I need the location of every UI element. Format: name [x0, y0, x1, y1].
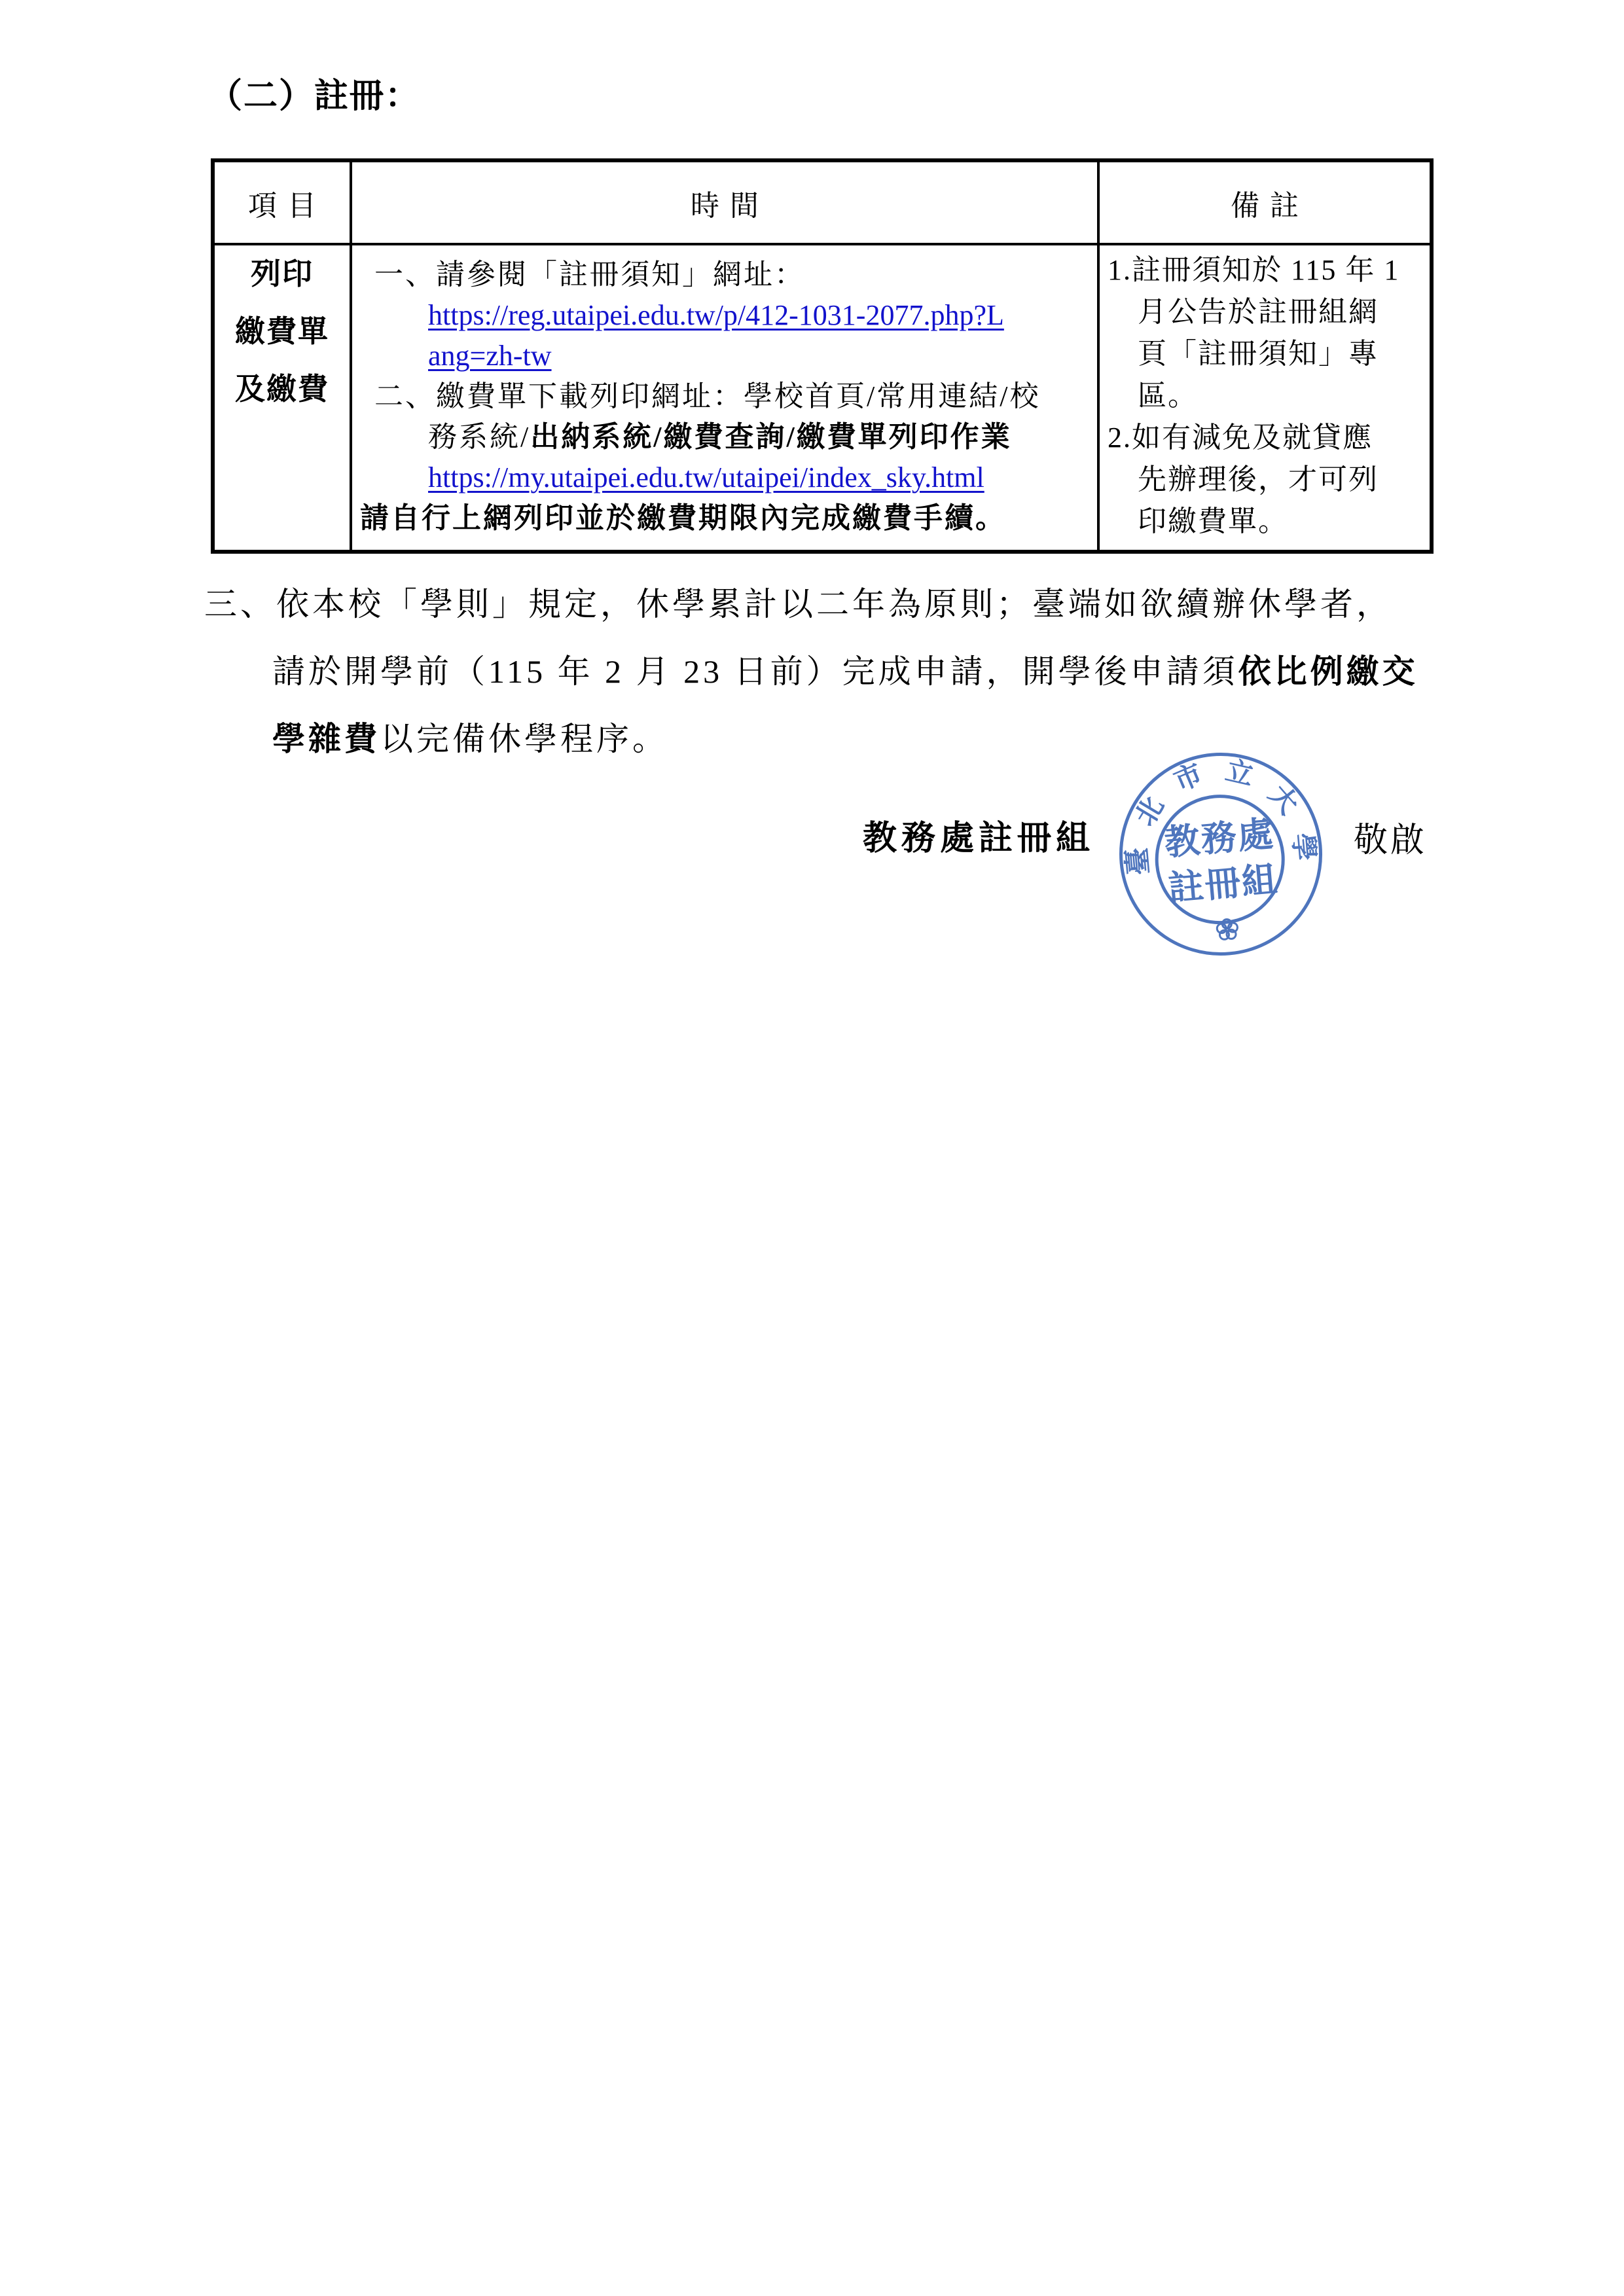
registration-notice-link-line: ang=zh-tw	[360, 336, 1093, 376]
paragraph-three-line: 三、依本校「學則」規定，休學累計以二年為原則；臺端如欲續辦休學者，	[204, 571, 1487, 638]
text-bold: 學雜費	[272, 721, 380, 757]
registration-notice-link[interactable]: https://reg.utaipei.edu.tw/p/412-1031-20…	[428, 299, 1004, 331]
remark-line: 印繳費單。	[1108, 501, 1427, 543]
plum-blossom-icon	[1211, 914, 1244, 946]
signature-department: 教務處註冊組	[863, 810, 1094, 859]
table-header-row: 項目 時間 備註	[213, 160, 1432, 244]
path-normal: 務系統/	[428, 421, 530, 453]
document-page: （二）註冊： 項目 時間 備註 列印 繳費單 及繳費 一、請參閱「註冊須知」	[0, 0, 1624, 2296]
item-line: 列印	[215, 245, 350, 303]
col-header-item: 項目	[213, 160, 351, 244]
paragraph-three-line: 請於開學前（115 年 2 月 23 日前）完成申請，開學後申請須依比例繳交	[204, 638, 1487, 706]
payment-portal-link[interactable]: https://my.utaipei.edu.tw/utaipei/index_…	[428, 461, 984, 493]
remark-line: 1.註冊須知於 115 年 1	[1108, 249, 1427, 291]
text-bold: 依比例繳交	[1238, 653, 1418, 690]
time-item-2: 二、繳費單下載列印網址：學校首頁/常用連結/校	[360, 376, 1093, 417]
time-item-2-wrap: 務系統/出納系統/繳費查詢/繳費單列印作業	[360, 417, 1093, 457]
table-row: 列印 繳費單 及繳費 一、請參閱「註冊須知」網址： https://reg.ut…	[213, 244, 1432, 552]
registration-notice-link-wrap[interactable]: ang=zh-tw	[428, 340, 552, 372]
official-stamp: 臺 北 市 立 大 學 教務處 註冊組	[1111, 744, 1331, 964]
text-normal: 請於開學前（115 年 2 月 23 日前）完成申請，開學後申請須	[272, 653, 1238, 690]
payment-instruction: 請自行上網列印並於繳費期限內完成繳費手續。	[360, 498, 1093, 539]
remark-line: 頁「註冊須知」專	[1108, 333, 1427, 375]
registration-notice-link-line: https://reg.utaipei.edu.tw/p/412-1031-20…	[360, 295, 1093, 336]
payment-portal-link-line: https://my.utaipei.edu.tw/utaipei/index_…	[360, 457, 1093, 498]
registration-table: 項目 時間 備註 列印 繳費單 及繳費 一、請參閱「註冊須知」網址： https…	[211, 158, 1434, 554]
remark-line: 2.如有減免及就貸應	[1108, 417, 1427, 459]
time-item-1: 一、請參閱「註冊須知」網址：	[360, 255, 1093, 295]
section-heading: （二）註冊：	[208, 68, 420, 117]
item-line: 繳費單	[215, 303, 350, 361]
time-cell: 一、請參閱「註冊須知」網址： https://reg.utaipei.edu.t…	[351, 244, 1098, 552]
col-header-time: 時間	[351, 160, 1098, 244]
text-normal: 以完備休學程序。	[380, 721, 668, 757]
item-cell: 列印 繳費單 及繳費	[213, 244, 351, 552]
path-bold: 出納系統/繳費查詢/繳費單列印作業	[530, 421, 1011, 453]
item-line: 及繳費	[215, 361, 350, 418]
signature-closing: 敬啟	[1354, 812, 1427, 861]
paragraph-three: 三、依本校「學則」規定，休學累計以二年為原則；臺端如欲續辦休學者， 請於開學前（…	[204, 571, 1487, 773]
remark-line: 區。	[1108, 375, 1427, 417]
col-header-remarks: 備註	[1098, 160, 1432, 244]
remark-line: 先辦理後，才可列	[1108, 459, 1427, 501]
remark-line: 月公告於註冊組網	[1108, 291, 1427, 333]
remarks-cell: 1.註冊須知於 115 年 1 月公告於註冊組網 頁「註冊須知」專 區。 2.如…	[1098, 244, 1432, 552]
